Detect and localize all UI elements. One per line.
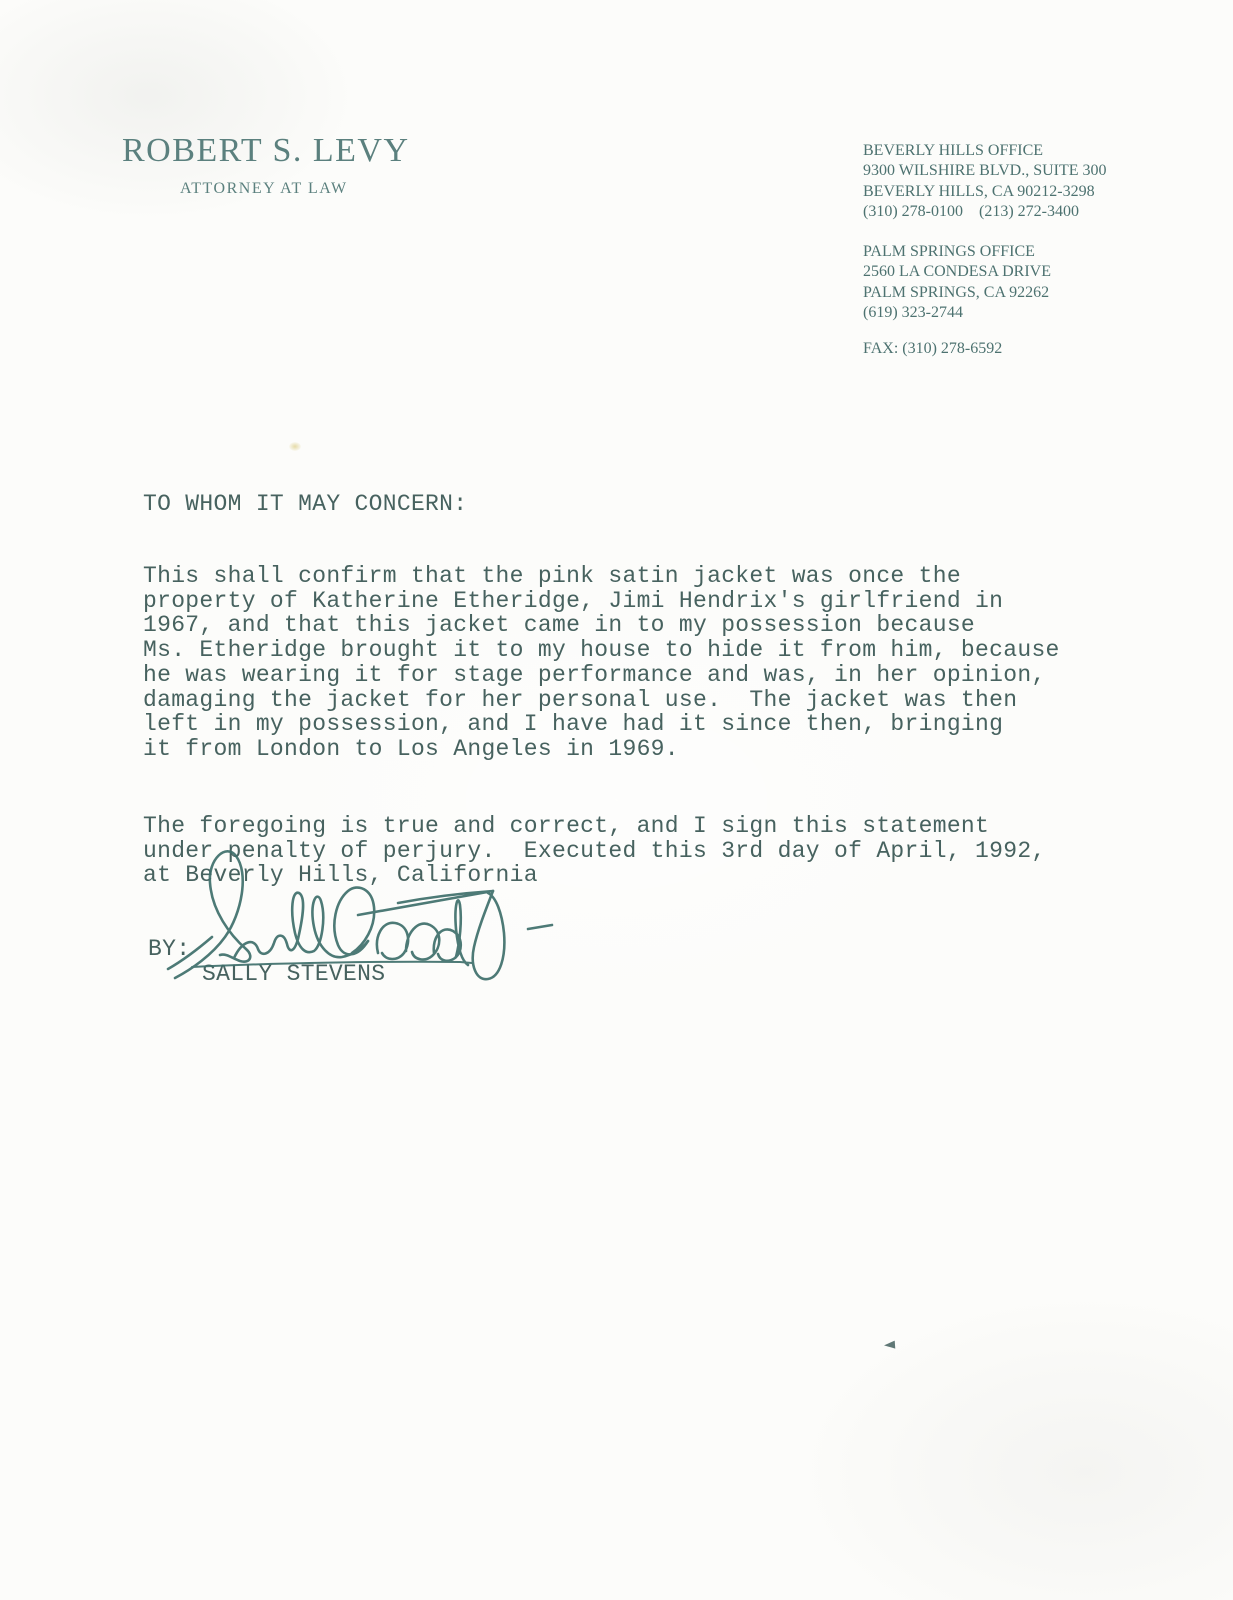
scanned-letter-page: ROBERT S. LEVY ATTORNEY AT LAW BEVERLY H… — [0, 0, 1233, 1600]
signature-stroke-loops — [377, 923, 461, 961]
signature-stroke-teardrop — [473, 891, 505, 979]
letterhead-attorney-title: ATTORNEY AT LAW — [180, 181, 348, 197]
signature-underline — [192, 962, 472, 967]
salutation: TO WHOM IT MAY CONCERN: — [143, 492, 467, 517]
letterhead-attorney-name: ROBERT S. LEVY — [122, 134, 410, 168]
signature-stroke-s2 — [334, 888, 374, 955]
fax-number-line: FAX: (310) 278-6592 — [863, 339, 1002, 359]
scan-speck-yellow — [289, 442, 301, 451]
signature-dash — [528, 925, 552, 929]
signature-stroke-slash — [168, 937, 212, 969]
signature-stroke-s1 — [175, 851, 250, 978]
signature-handwriting — [130, 845, 600, 985]
signature-stroke-ally — [234, 893, 368, 958]
signature-stroke-spike — [455, 900, 468, 965]
scan-speck-arrow — [884, 1341, 896, 1350]
beverly-hills-office-address: BEVERLY HILLS OFFICE 9300 WILSHIRE BLVD.… — [863, 141, 1107, 222]
body-paragraph-1: This shall confirm that the pink satin j… — [143, 564, 1060, 762]
palm-springs-office-address: PALM SPRINGS OFFICE 2560 LA CONDESA DRIV… — [863, 242, 1051, 323]
signature-stroke-flourish — [358, 891, 493, 915]
